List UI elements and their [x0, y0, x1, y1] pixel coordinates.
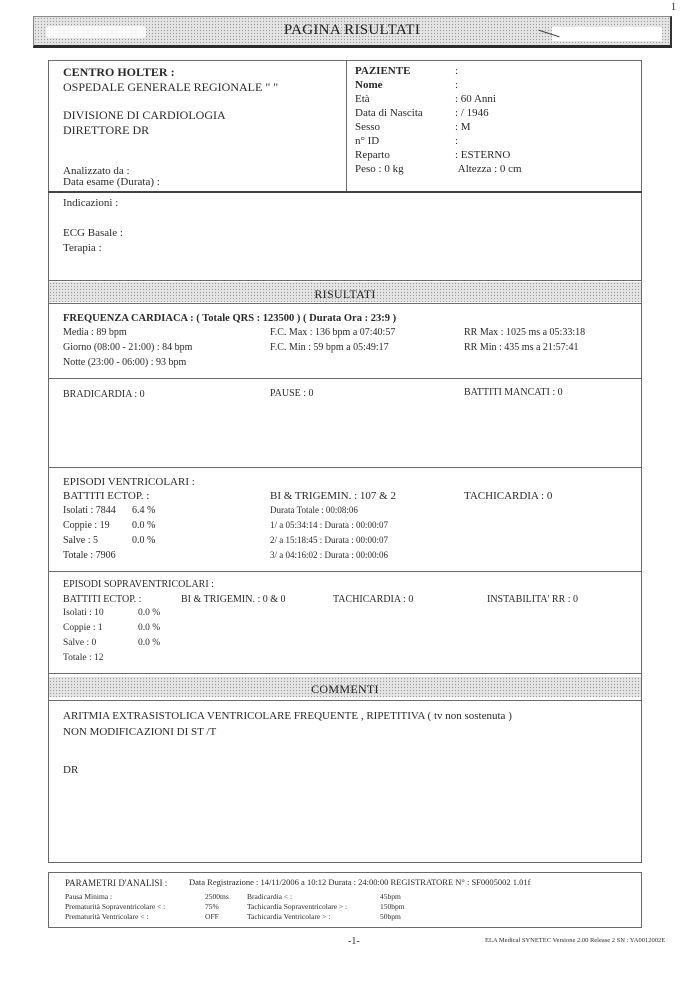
sopra-count-row: Coppie : 10.0 % — [63, 621, 160, 636]
ventricolari-battiti-ectop: BATTITI ECTOP. : — [63, 489, 149, 503]
count-label: Salve : 0 — [63, 636, 138, 651]
count-percent: 0.0 % — [132, 518, 155, 533]
count-percent: 6.4 % — [132, 503, 155, 518]
centro-director: DIRETTORE DR — [63, 123, 226, 138]
page-number: -1- — [348, 936, 360, 947]
ventricolari-heading: EPISODI VENTRICOLARI : — [63, 475, 195, 489]
bigeminy-episode: 3/ a 04:16:02 : Durata : 00:00:06 — [270, 548, 388, 563]
frequenza-heading: FREQUENZA CARDIACA : ( Totale QRS : 1235… — [63, 311, 396, 326]
parametro-label: Tachicardia Ventricolare > : — [247, 912, 380, 922]
frequenza-right: RR Max : 1025 ms a 05:33:18 RR Min : 435… — [464, 325, 585, 355]
count-percent: 0.0 % — [132, 533, 155, 548]
centro-hospital: OSPEDALE GENERALE REGIONALE " " — [63, 80, 278, 95]
count-percent: 0.0 % — [138, 621, 160, 636]
count-label: Coppie : 19 — [63, 518, 132, 533]
parametro-label: Bradicardia < : — [247, 892, 380, 902]
ventricolari-tachicardia: TACHICARDIA : 0 — [464, 489, 552, 503]
paziente-field: Nome: — [355, 78, 635, 92]
count-label: Salve : 5 — [63, 533, 132, 548]
paziente-field-label: Età — [355, 92, 455, 106]
centro-holter-section: CENTRO HOLTER : OSPEDALE GENERALE REGION… — [63, 65, 278, 94]
peso: Peso : 0 kg — [355, 162, 455, 176]
ventricolari-episodes: Durata Totale : 00:08:06 1/ a 05:34:14 :… — [270, 503, 388, 563]
paziente-field: Data di Nascita: / 1946 — [355, 106, 635, 120]
parametro-value: 45bpm — [380, 892, 401, 902]
divider — [346, 60, 347, 191]
title-bar: PAGINA RISULTATI — [33, 16, 672, 48]
fc-notte: Notte (23:00 - 06:00) : 93 bpm — [63, 355, 192, 370]
paziente-field-label: PAZIENTE — [355, 64, 455, 78]
paziente-field: Sesso: M — [355, 120, 635, 134]
parametro-value: 150bpm — [380, 902, 405, 912]
battiti-mancati: BATTITI MANCATI : 0 — [464, 385, 563, 400]
divider — [48, 303, 642, 304]
divider — [48, 280, 642, 281]
fc-giorno: Giorno (08:00 - 21:00) : 84 bpm — [63, 340, 192, 355]
divider — [48, 700, 642, 701]
parametro-label: Pausa Minima : — [65, 892, 205, 902]
frequenza-mid: F.C. Max : 136 bpm a 07:40:57 F.C. Min :… — [270, 325, 395, 355]
rr-min: RR Min : 435 ms a 21:57:41 — [464, 340, 585, 355]
fc-media: Media : 89 bpm — [63, 325, 192, 340]
sopra-instabilita-rr: INSTABILITA' RR : 0 — [487, 592, 578, 607]
commento-line-3: DR — [63, 762, 512, 778]
indicazioni: Indicazioni : — [63, 196, 118, 210]
paziente-field-label: n° ID — [355, 134, 455, 148]
bigeminy-episode: 1/ a 05:34:14 : Durata : 00:00:07 — [270, 518, 388, 533]
ventricolari-count-row: Salve : 50.0 % — [63, 533, 155, 548]
divider — [48, 191, 642, 193]
divider — [48, 673, 642, 674]
paziente-field-value: : — [455, 134, 458, 148]
ventricolari-bi-trigemin: BI & TRIGEMIN. : 107 & 2 — [270, 489, 396, 503]
sopraventricolari-heading: EPISODI SOPRAVENTRICOLARI : — [63, 577, 214, 592]
parametro-row: Prematurità Sopraventricolare < :75%Tach… — [65, 902, 405, 912]
ventricolari-counts: Isolati : 78446.4 %Coppie : 190.0 %Salve… — [63, 503, 155, 548]
rr-max: RR Max : 1025 ms a 05:33:18 — [464, 325, 585, 340]
bradicardia: BRADICARDIA : 0 — [63, 387, 145, 402]
paziente-field: n° ID: — [355, 134, 635, 148]
risultati-band: RISULTATI — [49, 282, 641, 302]
parametro-label: Prematurità Sopraventricolare < : — [65, 902, 205, 912]
bigeminy-episode: 2/ a 15:18:45 : Durata : 00:00:07 — [270, 533, 388, 548]
sopra-totale: Totale : 12 — [63, 651, 104, 666]
commento-line-2: NON MODIFICAZIONI DI ST /T — [63, 724, 512, 740]
terapia: Terapia : — [63, 241, 102, 255]
count-label: Isolati : 10 — [63, 606, 138, 621]
paziente-field-value: : — [455, 78, 458, 92]
parametri-rows: Pausa Minima :2500msBradicardia < :45bpm… — [65, 892, 405, 922]
centro-division-name: DIVISIONE DI CARDIOLOGIA — [63, 108, 226, 123]
paziente-field-value: : M — [455, 120, 471, 134]
ventricolari-count-row: Isolati : 78446.4 % — [63, 503, 155, 518]
sopra-tachicardia: TACHICARDIA : 0 — [333, 592, 413, 607]
software-info: ELA Medical SYNETEC Versione 2.00 Releas… — [485, 937, 665, 944]
paziente-field-label: Sesso — [355, 120, 455, 134]
count-label: Isolati : 7844 — [63, 503, 132, 518]
sopra-count-row: Salve : 00.0 % — [63, 636, 160, 651]
paziente-field-label: Data di Nascita — [355, 106, 455, 120]
paziente-field-value: : / 1946 — [455, 106, 489, 120]
paziente-field: Età: 60 Anni — [355, 92, 635, 106]
parametro-value: 50bpm — [380, 912, 401, 922]
parametro-row: Pausa Minima :2500msBradicardia < :45bpm — [65, 892, 405, 902]
divider — [48, 467, 642, 468]
page-marker: 1 — [671, 2, 676, 13]
sopra-battiti-ectop: BATTITI ECTOP. : — [63, 592, 141, 607]
sopra-count-row: Isolati : 100.0 % — [63, 606, 160, 621]
parametri-heading: PARAMETRI D'ANALISI : — [65, 878, 167, 888]
sopra-counts: Isolati : 100.0 %Coppie : 10.0 %Salve : … — [63, 606, 160, 651]
sopra-bi-trigemin: BI & TRIGEMIN. : 0 & 0 — [181, 592, 286, 607]
divider — [48, 571, 642, 572]
count-percent: 0.0 % — [138, 606, 160, 621]
ventricolari-totale: Totale : 7906 — [63, 548, 116, 563]
parametro-label: Prematurità Ventricolare < : — [65, 912, 205, 922]
centro-heading: CENTRO HOLTER : — [63, 65, 278, 80]
count-percent: 0.0 % — [138, 636, 160, 651]
data-esame: Data esame (Durata) : — [63, 177, 160, 188]
paziente-section: PAZIENTE:Nome:Età: 60 AnniData di Nascit… — [355, 64, 635, 176]
count-label: Coppie : 1 — [63, 621, 138, 636]
paziente-field-value: : ESTERNO — [455, 148, 510, 162]
redacted-region — [552, 27, 662, 41]
paziente-field-label: Reparto — [355, 148, 455, 162]
ventricolari-count-row: Coppie : 190.0 % — [63, 518, 155, 533]
durata-totale: Durata Totale : 00:08:06 — [270, 503, 388, 518]
frequenza-left: Media : 89 bpm Giorno (08:00 - 21:00) : … — [63, 325, 192, 370]
centro-division: DIVISIONE DI CARDIOLOGIA DIRETTORE DR — [63, 108, 226, 137]
paziente-field-label: Nome — [355, 78, 455, 92]
risultati-heading: RISULTATI — [314, 287, 375, 301]
pause: PAUSE : 0 — [270, 386, 314, 401]
altezza: Altezza : 0 cm — [458, 162, 522, 176]
paziente-field: Reparto: ESTERNO — [355, 148, 635, 162]
paziente-field-value: : — [455, 64, 458, 78]
commenti-heading: COMMENTI — [311, 682, 379, 696]
commenti-band: COMMENTI — [49, 677, 641, 697]
parametri-registrazione: Data Registrazione : 14/11/2006 a 10:12 … — [189, 877, 530, 887]
paziente-field-value: : 60 Anni — [455, 92, 496, 106]
parametro-value: 2500ms — [205, 892, 247, 902]
parametro-value: OFF — [205, 912, 247, 922]
ecg-basale: ECG Basale : — [63, 226, 123, 240]
fc-min: F.C. Min : 59 bpm a 05:49:17 — [270, 340, 395, 355]
paziente-field: PAZIENTE: — [355, 64, 635, 78]
divider — [48, 378, 642, 379]
commento-line-1: ARITMIA EXTRASISTOLICA VENTRICOLARE FREQ… — [63, 708, 512, 724]
parametro-row: Prematurità Ventricolare < :OFFTachicard… — [65, 912, 405, 922]
parametro-value: 75% — [205, 902, 247, 912]
commenti-text: ARITMIA EXTRASISTOLICA VENTRICOLARE FREQ… — [63, 708, 512, 778]
centro-analysis: Analizzato da : Data esame (Durata) : — [63, 166, 160, 188]
parametro-label: Tachicardia Sopraventricolare > : — [247, 902, 380, 912]
fc-max: F.C. Max : 136 bpm a 07:40:57 — [270, 325, 395, 340]
